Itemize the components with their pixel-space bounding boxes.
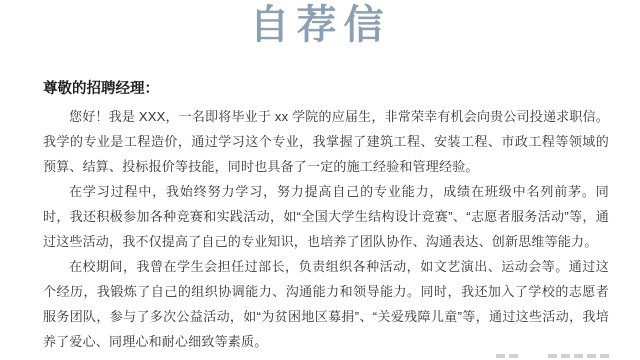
clipped-text-fragment (496, 354, 613, 359)
letter-body: 尊敬的招聘经理： 您好！我是 XXX，一名即将毕业于 xx 学院的应届生，非常荣… (43, 77, 609, 354)
paragraph-introduction: 您好！我是 XXX，一名即将毕业于 xx 学院的应届生，非常荣幸有机会向贵公司投… (43, 104, 609, 179)
page-title: 自荐信 (0, 0, 640, 50)
paragraph-academics: 在学习过程中，我始终努力学习，努力提高自己的专业能力，成绩在班级中名列前茅。同时… (43, 179, 609, 254)
salutation: 尊敬的招聘经理： (43, 77, 609, 102)
letter-page: 自荐信 尊敬的招聘经理： 您好！我是 XXX，一名即将毕业于 xx 学院的应届生… (0, 0, 640, 360)
paragraph-activities: 在校期间，我曾在学生会担任过部长，负责组织各种活动，如文艺演出、运动会等。通过这… (43, 254, 609, 354)
